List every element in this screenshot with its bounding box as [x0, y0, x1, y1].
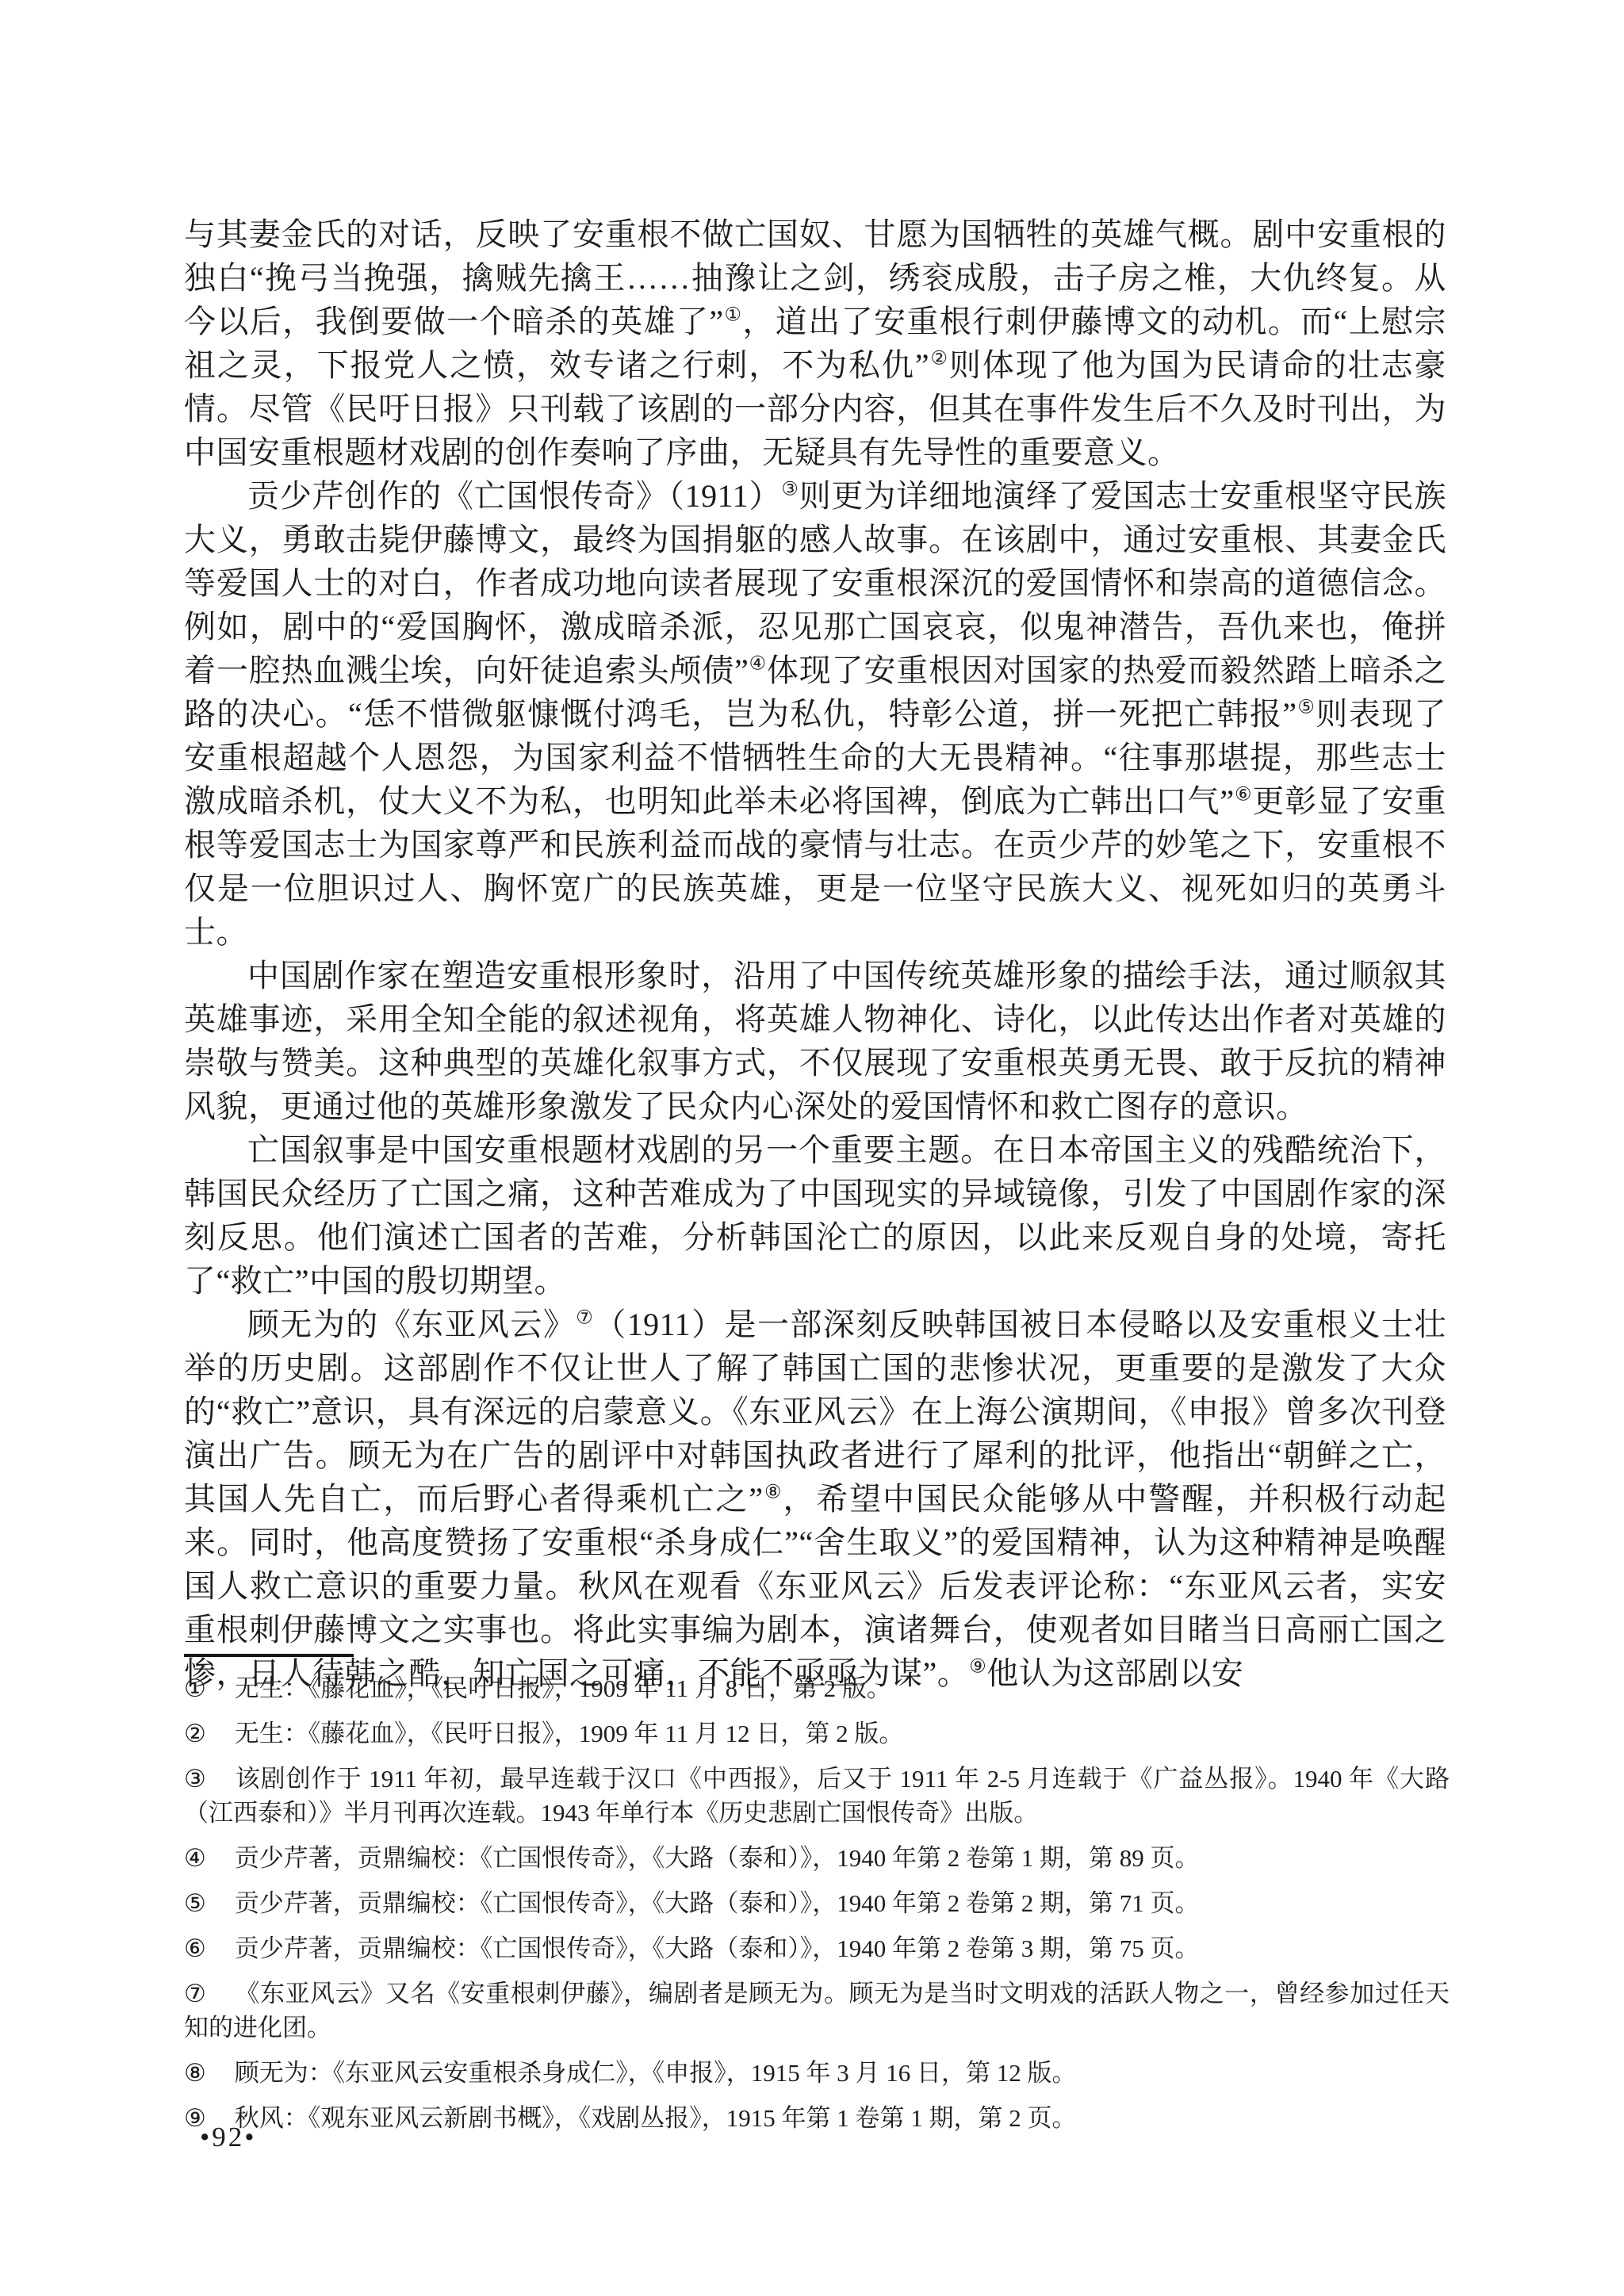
footnote-item: ⑦《东亚风云》又名《安重根刺伊藤》，编剧者是顾无为。顾无为是当时文明戏的活跃人物… — [184, 1976, 1450, 2045]
footnote-text: 无生：《藤花血》，《民吁日报》，1909 年 11 月 12 日，第 2 版。 — [235, 1720, 904, 1747]
footnote-marker: ③ — [184, 1762, 206, 1796]
footnote-item: ⑥贡少芹著，贡鼎编校：《亡国恨传奇》，《大路（泰和）》，1940 年第 2 卷第… — [184, 1931, 1450, 1965]
footnote-item: ⑧顾无为：《东亚风云安重根杀身成仁》，《申报》，1915 年 3 月 16 日，… — [184, 2056, 1450, 2090]
footnote-marker: ⑥ — [184, 1931, 206, 1965]
footnote-ref: ⑥ — [1235, 785, 1253, 806]
footnote-ref: ⑧ — [764, 1483, 783, 1503]
article-body: 与其妻金氏的对话，反映了安重根不做亡国奴、甘愿为国牺牲的英雄气概。剧中安重根的独… — [184, 212, 1446, 1695]
footnote-separator — [184, 1654, 354, 1657]
paragraph: 中国剧作家在塑造安重根形象时，沿用了中国传统英雄形象的描绘手法，通过顺叙其英雄事… — [184, 954, 1446, 1128]
footnote-item: ④贡少芹著，贡鼎编校：《亡国恨传奇》，《大路（泰和）》，1940 年第 2 卷第… — [184, 1841, 1450, 1875]
footnote-item: ①无生：《藤花血》，《民吁日报》，1909 年 11 月 8 日，第 2 版。 — [184, 1671, 1450, 1705]
footnote-item: ②无生：《藤花血》，《民吁日报》，1909 年 11 月 12 日，第 2 版。 — [184, 1716, 1450, 1751]
paragraph: 与其妻金氏的对话，反映了安重根不做亡国奴、甘愿为国牺牲的英雄气概。剧中安重根的独… — [184, 212, 1446, 474]
footnote-text: 该剧创作于 1911 年初，最早连载于汉口《中西报》，后又于 1911 年 2-… — [184, 1765, 1450, 1827]
footnote-text: 贡少芹著，贡鼎编校：《亡国恨传奇》，《大路（泰和）》，1940 年第 2 卷第 … — [235, 1889, 1200, 1917]
footnote-item: ③该剧创作于 1911 年初，最早连载于汉口《中西报》，后又于 1911 年 2… — [184, 1762, 1450, 1830]
footnote-ref: ② — [929, 349, 949, 369]
paragraph: 顾无为的《东亚风云》⑦（1911）是一部深刻反映韩国被日本侵略以及安重根义士壮举… — [184, 1303, 1446, 1695]
paragraph: 贡少芹创作的《亡国恨传奇》（1911）③则更为详细地演绎了爱国志士安重根坚守民族… — [184, 474, 1446, 954]
footnote-marker: ① — [184, 1671, 206, 1705]
footnote-text: 秋风：《观东亚风云新剧书概》，《戏剧丛报》，1915 年第 1 卷第 1 期，第… — [235, 2104, 1077, 2132]
footnote-marker: ④ — [184, 1841, 206, 1875]
footnote-ref: ④ — [749, 654, 767, 675]
paragraph: 亡国叙事是中国安重根题材戏剧的另一个重要主题。在日本帝国主义的残酷统治下，韩国民… — [184, 1128, 1446, 1303]
footnote-ref: ③ — [781, 480, 799, 500]
footnote-item: ⑤贡少芹著，贡鼎编校：《亡国恨传奇》，《大路（泰和）》，1940 年第 2 卷第… — [184, 1886, 1450, 1920]
footnote-text: 贡少芹著，贡鼎编校：《亡国恨传奇》，《大路（泰和）》，1940 年第 2 卷第 … — [235, 1844, 1200, 1872]
footnote-item: ⑨秋风：《观东亚风云新剧书概》，《戏剧丛报》，1915 年第 1 卷第 1 期，… — [184, 2101, 1450, 2135]
footnote-ref: ① — [724, 305, 743, 326]
footnote-text: 《东亚风云》又名《安重根刺伊藤》，编剧者是顾无为。顾无为是当时文明戏的活跃人物之… — [184, 1980, 1450, 2042]
footnote-text: 无生：《藤花血》，《民吁日报》，1909 年 11 月 8 日，第 2 版。 — [235, 1674, 891, 1702]
footnote-ref: ⑦ — [576, 1308, 594, 1329]
document-page: 与其妻金氏的对话，反映了安重根不做亡国奴、甘愿为国牺牲的英雄气概。剧中安重根的独… — [0, 0, 1624, 2296]
page-number: •92• — [200, 2122, 257, 2153]
footnote-ref: ⑤ — [1297, 698, 1316, 718]
footnote-marker: ⑤ — [184, 1886, 206, 1920]
footnotes-section: ①无生：《藤花血》，《民吁日报》，1909 年 11 月 8 日，第 2 版。②… — [184, 1671, 1450, 2146]
footnote-marker: ② — [184, 1716, 206, 1751]
footnote-text: 贡少芹著，贡鼎编校：《亡国恨传奇》，《大路（泰和）》，1940 年第 2 卷第 … — [235, 1934, 1200, 1962]
footnote-text: 顾无为：《东亚风云安重根杀身成仁》，《申报》，1915 年 3 月 16 日，第… — [235, 2059, 1077, 2087]
footnote-marker: ⑧ — [184, 2056, 206, 2090]
footnote-marker: ⑦ — [184, 1976, 206, 2011]
